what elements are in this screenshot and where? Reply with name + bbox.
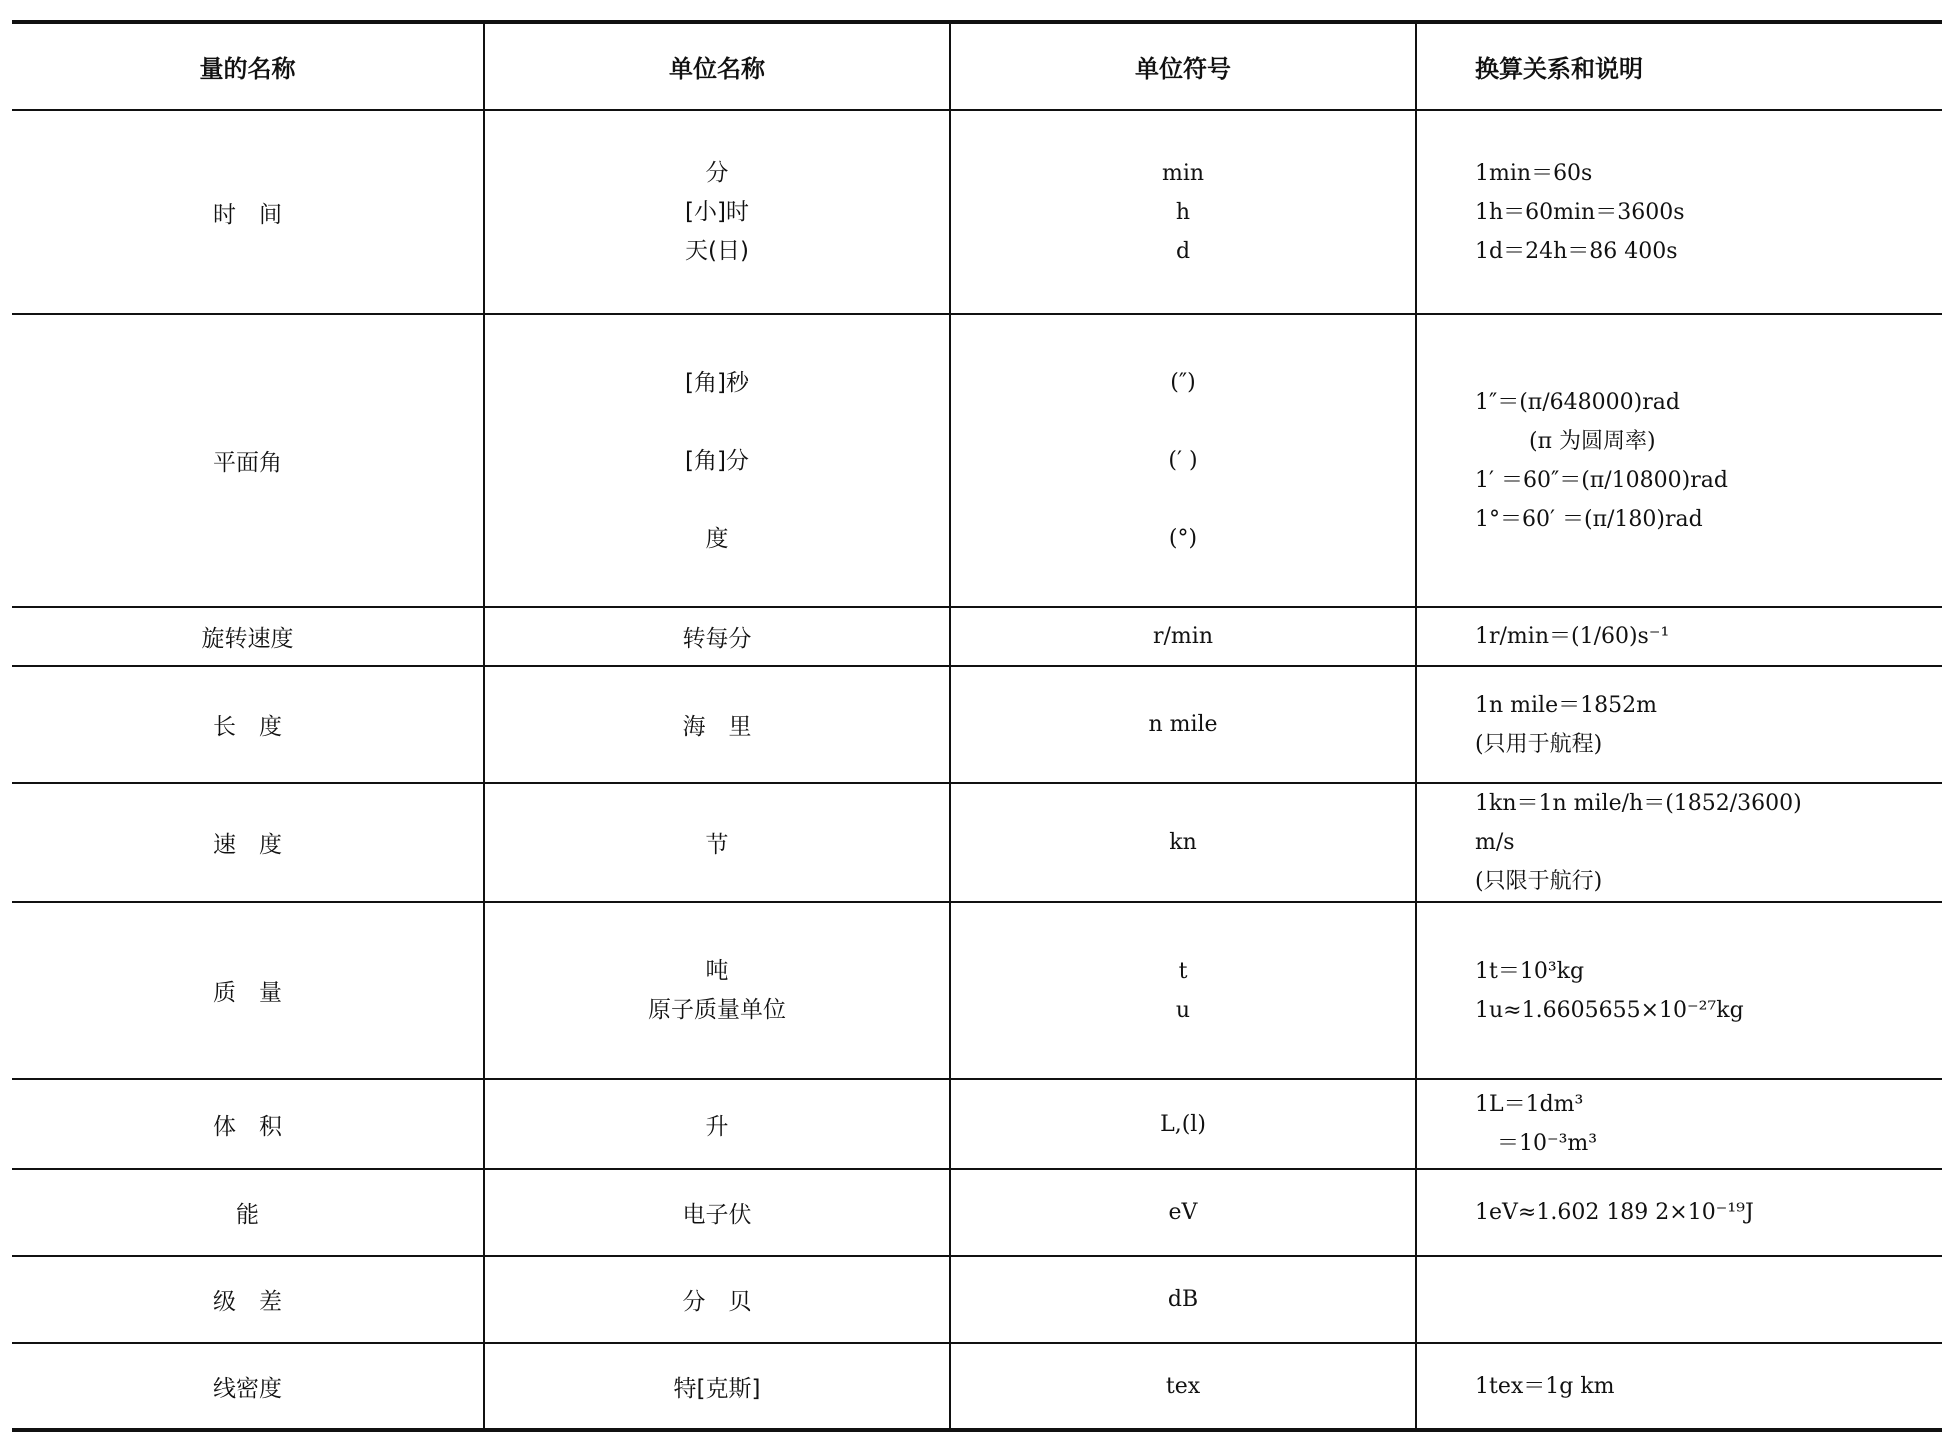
conversion-line: 1eV≈1.602 189 2×10⁻¹⁹J — [1475, 1193, 1942, 1232]
conversion-note: (只限于航行) — [1475, 862, 1942, 901]
table-row-rotation-speed: 旋转速度 转每分 r/min 1r/min＝(1/60)s⁻¹ — [12, 607, 1942, 666]
unit-name: [角]秒 — [485, 344, 949, 422]
conversion-line: 1L＝1dm³ — [1475, 1085, 1942, 1124]
unit-name-cell: 海 里 — [484, 666, 950, 783]
conversion-cell: 1t＝10³kg 1u≈1.6605655×10⁻²⁷kg — [1416, 902, 1942, 1079]
conversion-cell-empty — [1416, 1256, 1942, 1343]
conversion-cell: 1L＝1dm³ ＝10⁻³m³ — [1416, 1079, 1942, 1169]
table-row-length: 长 度 海 里 n mile 1n mile＝1852m (只用于航程) — [12, 666, 1942, 783]
unit-name-cell: 节 — [484, 783, 950, 902]
unit-symbol: d — [951, 232, 1415, 271]
unit-name-cell: 电子伏 — [484, 1169, 950, 1256]
conversion-line: 1tex＝1g km — [1475, 1367, 1942, 1406]
unit-name-cell: 升 — [484, 1079, 950, 1169]
unit-name: 天(日) — [485, 232, 949, 271]
unit-name-cell: 特[克斯] — [484, 1343, 950, 1430]
unit-symbol-cell: kn — [950, 783, 1416, 902]
conversion-cell: 1″＝(π/648000)rad (π 为圆周率) 1′ ＝60″＝(π/108… — [1416, 314, 1942, 607]
unit-symbol-cell: t u — [950, 902, 1416, 1079]
quantity-cell: 时 间 — [12, 110, 484, 314]
unit-symbol-cell: r/min — [950, 607, 1416, 666]
units-table: 量的名称 单位名称 单位符号 换算关系和说明 时 间 分 [小]时 天(日) m… — [12, 20, 1942, 1432]
unit-symbol: min — [951, 154, 1415, 193]
conversion-cell: 1n mile＝1852m (只用于航程) — [1416, 666, 1942, 783]
table-row-linear-density: 线密度 特[克斯] tex 1tex＝1g km — [12, 1343, 1942, 1430]
unit-symbol-cell: tex — [950, 1343, 1416, 1430]
unit-symbol-cell: L,(l) — [950, 1079, 1416, 1169]
conversion-cell: 1kn＝1n mile/h＝(1852/3600) m/s (只限于航行) — [1416, 783, 1942, 902]
unit-name: [小]时 — [485, 193, 949, 232]
unit-name: 吨 — [485, 952, 949, 991]
unit-symbol: u — [951, 991, 1415, 1030]
unit-symbol: (″) — [951, 344, 1415, 422]
header-conversion: 换算关系和说明 — [1416, 22, 1942, 110]
conversion-line: 1n mile＝1852m — [1475, 686, 1942, 725]
conversion-line: 1″＝(π/648000)rad — [1475, 383, 1942, 422]
unit-name: 分 — [485, 154, 949, 193]
conversion-line: 1min＝60s — [1475, 154, 1942, 193]
conversion-line: 1kn＝1n mile/h＝(1852/3600) — [1475, 784, 1942, 823]
table-row-energy: 能 电子伏 eV 1eV≈1.602 189 2×10⁻¹⁹J — [12, 1169, 1942, 1256]
unit-symbol-cell: (″) (′ ) (°) — [950, 314, 1416, 607]
conversion-line: m/s — [1475, 823, 1942, 862]
conversion-line: 1u≈1.6605655×10⁻²⁷kg — [1475, 991, 1942, 1030]
conversion-line: 1r/min＝(1/60)s⁻¹ — [1475, 617, 1942, 656]
unit-name-cell: 分 [小]时 天(日) — [484, 110, 950, 314]
quantity-cell: 体 积 — [12, 1079, 484, 1169]
quantity-cell: 旋转速度 — [12, 607, 484, 666]
quantity-cell: 能 — [12, 1169, 484, 1256]
conversion-line: 1°＝60′ ＝(π/180)rad — [1475, 500, 1942, 539]
conversion-line: 1d＝24h＝86 400s — [1475, 232, 1942, 271]
unit-symbol: h — [951, 193, 1415, 232]
header-quantity-name: 量的名称 — [12, 22, 484, 110]
unit-name-cell: 分 贝 — [484, 1256, 950, 1343]
quantity-cell: 质 量 — [12, 902, 484, 1079]
quantity-cell: 平面角 — [12, 314, 484, 607]
unit-symbol-cell: eV — [950, 1169, 1416, 1256]
table-row-level-difference: 级 差 分 贝 dB — [12, 1256, 1942, 1343]
conversion-note: (π 为圆周率) — [1475, 422, 1942, 461]
unit-symbol: t — [951, 952, 1415, 991]
table-row-volume: 体 积 升 L,(l) 1L＝1dm³ ＝10⁻³m³ — [12, 1079, 1942, 1169]
header-unit-name: 单位名称 — [484, 22, 950, 110]
unit-name: 度 — [485, 500, 949, 578]
unit-name-cell: 吨 原子质量单位 — [484, 902, 950, 1079]
unit-name: 原子质量单位 — [485, 991, 949, 1030]
quantity-cell: 速 度 — [12, 783, 484, 902]
unit-symbol: (°) — [951, 500, 1415, 578]
quantity-cell: 级 差 — [12, 1256, 484, 1343]
quantity-cell: 线密度 — [12, 1343, 484, 1430]
header-row: 量的名称 单位名称 单位符号 换算关系和说明 — [12, 22, 1942, 110]
conversion-line: 1′ ＝60″＝(π/10800)rad — [1475, 461, 1942, 500]
conversion-line: 1t＝10³kg — [1475, 952, 1942, 991]
table-row-mass: 质 量 吨 原子质量单位 t u 1t＝10³kg 1u≈1.6605655×1… — [12, 902, 1942, 1079]
table-row-plane-angle: 平面角 [角]秒 [角]分 度 (″) (′ ) (°) 1″＝(π/64800… — [12, 314, 1942, 607]
unit-name-cell: 转每分 — [484, 607, 950, 666]
conversion-cell: 1tex＝1g km — [1416, 1343, 1942, 1430]
unit-symbol-cell: n mile — [950, 666, 1416, 783]
unit-name-cell: [角]秒 [角]分 度 — [484, 314, 950, 607]
unit-symbol-cell: dB — [950, 1256, 1416, 1343]
unit-symbol-cell: min h d — [950, 110, 1416, 314]
unit-symbol: (′ ) — [951, 422, 1415, 500]
unit-name: [角]分 — [485, 422, 949, 500]
table-row-speed: 速 度 节 kn 1kn＝1n mile/h＝(1852/3600) m/s (… — [12, 783, 1942, 902]
conversion-line: ＝10⁻³m³ — [1475, 1124, 1942, 1163]
header-unit-symbol: 单位符号 — [950, 22, 1416, 110]
conversion-note: (只用于航程) — [1475, 725, 1942, 764]
table-row-time: 时 间 分 [小]时 天(日) min h d 1min＝60s 1h＝60mi… — [12, 110, 1942, 314]
conversion-cell: 1min＝60s 1h＝60min＝3600s 1d＝24h＝86 400s — [1416, 110, 1942, 314]
conversion-line: 1h＝60min＝3600s — [1475, 193, 1942, 232]
conversion-cell: 1r/min＝(1/60)s⁻¹ — [1416, 607, 1942, 666]
quantity-cell: 长 度 — [12, 666, 484, 783]
conversion-cell: 1eV≈1.602 189 2×10⁻¹⁹J — [1416, 1169, 1942, 1256]
